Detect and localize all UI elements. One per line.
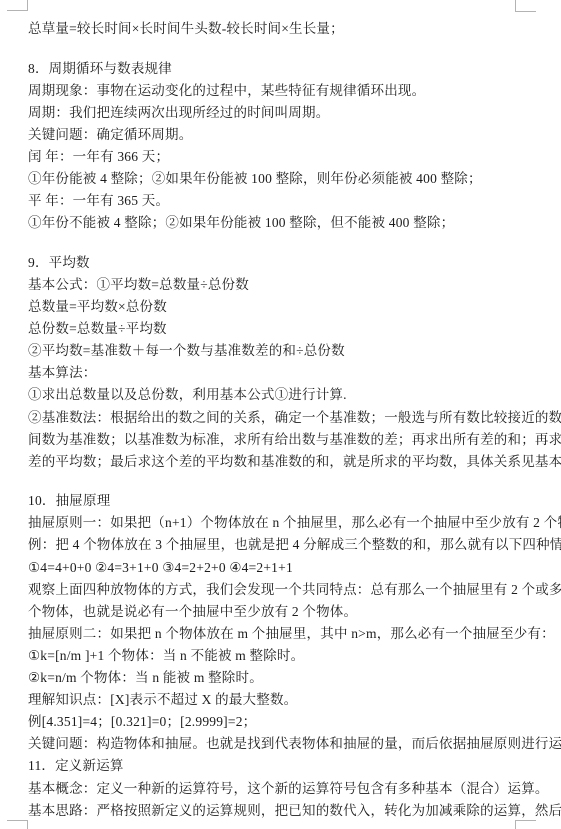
- text-line: 抽屉原则一：如果把（n+1）个物体放在 n 个抽屉里，那么必有一个抽屉中至少放有…: [28, 512, 540, 534]
- text-line: 基本公式：①平均数=总数量÷总份数: [28, 274, 540, 296]
- text-line: 基本算法：: [28, 362, 540, 384]
- text-line: 关键问题：构造物体和抽屉。也就是找到代表物体和抽屉的量，而后依据抽屉原则进行运算…: [28, 733, 540, 755]
- text-line: 关键问题：确定循环周期。: [28, 124, 540, 146]
- text-line: 基本概念：定义一种新的运算符号，这个新的运算符号包含有多种基本（混合）运算。: [28, 778, 540, 800]
- text-line: ①4=4+0+0 ②4=3+1+0 ③4=2+2+0 ④4=2+1+1: [28, 557, 540, 579]
- section-heading: 10．抽屉原理: [28, 490, 540, 512]
- text-line: 观察上面四种放物体的方式，我们会发现一个共同特点：总有那么一个抽屉里有 2 个或…: [28, 579, 540, 601]
- document-content: 总草量=较长时间×长时间牛头数-较长时间×生长量；8．周期循环与数表规律周期现象…: [28, 18, 540, 822]
- text-line: 差的平均数；最后求这个差的平均数和基准数的和，就是所求的平均数，具体关系见基本公…: [28, 451, 540, 473]
- blank-line: [28, 473, 540, 491]
- text-line: 总份数=总数量÷平均数: [28, 318, 540, 340]
- text-line: 周期：我们把连续两次出现所经过的时间叫周期。: [28, 102, 540, 124]
- text-line: ②平均数=基准数＋每一个数与基准数差的和÷总份数: [28, 340, 540, 362]
- crop-mark-top-left: [7, 0, 28, 11]
- crop-mark-bottom-left: [7, 820, 28, 829]
- text-line: ①年份能被 4 整除；②如果年份能被 100 整除，则年份必须能被 400 整除…: [28, 168, 540, 190]
- section-heading: 9．平均数: [28, 252, 540, 274]
- text-line: 平 年：一年有 365 天。: [28, 190, 540, 212]
- section-heading: 11．定义新运算: [28, 755, 540, 777]
- text-line: 间数为基准数；以基准数为标准，求所有给出数与基准数的差；再求出所有差的和；再求出…: [28, 429, 540, 451]
- text-line: 例[4.351]=4；[0.321]=0；[2.9999]=2；: [28, 711, 540, 733]
- text-line: 总草量=较长时间×长时间牛头数-较长时间×生长量；: [28, 18, 540, 40]
- text-line: 闰 年：一年有 366 天；: [28, 146, 540, 168]
- text-line: 总数量=平均数×总份数: [28, 296, 540, 318]
- text-line: ②k=n/m 个物体：当 n 能被 m 整除时。: [28, 667, 540, 689]
- text-line: 理解知识点：[X]表示不超过 X 的最大整数。: [28, 689, 540, 711]
- text-line: 个物体，也就是说必有一个抽屉中至少放有 2 个物体。: [28, 601, 540, 623]
- document-page: 总草量=较长时间×长时间牛头数-较长时间×生长量；8．周期循环与数表规律周期现象…: [0, 0, 561, 829]
- crop-mark-top-right: [515, 0, 536, 12]
- text-line: 抽屉原则二：如果把 n 个物体放在 m 个抽屉里，其中 n>m，那么必有一个抽屉…: [28, 623, 540, 645]
- section-heading: 8．周期循环与数表规律: [28, 58, 540, 80]
- text-line: 周期现象：事物在运动变化的过程中，某些特征有规律循环出现。: [28, 80, 540, 102]
- text-line: ①k=[n/m ]+1 个物体：当 n 不能被 m 整除时。: [28, 645, 540, 667]
- text-line: 例：把 4 个物体放在 3 个抽屉里，也就是把 4 分解成三个整数的和，那么就有…: [28, 534, 540, 556]
- text-line: 基本思路：严格按照新定义的运算规则，把已知的数代入，转化为加减乘除的运算，然后按…: [28, 800, 540, 822]
- text-line: ①求出总数量以及总份数，利用基本公式①进行计算.: [28, 384, 540, 406]
- text-line: ①年份不能被 4 整除；②如果年份能被 100 整除，但不能被 400 整除；: [28, 212, 540, 234]
- blank-line: [28, 234, 540, 252]
- blank-line: [28, 40, 540, 58]
- text-line: ②基准数法：根据给出的数之间的关系，确定一个基准数；一般选与所有数比较接近的数或…: [28, 407, 540, 429]
